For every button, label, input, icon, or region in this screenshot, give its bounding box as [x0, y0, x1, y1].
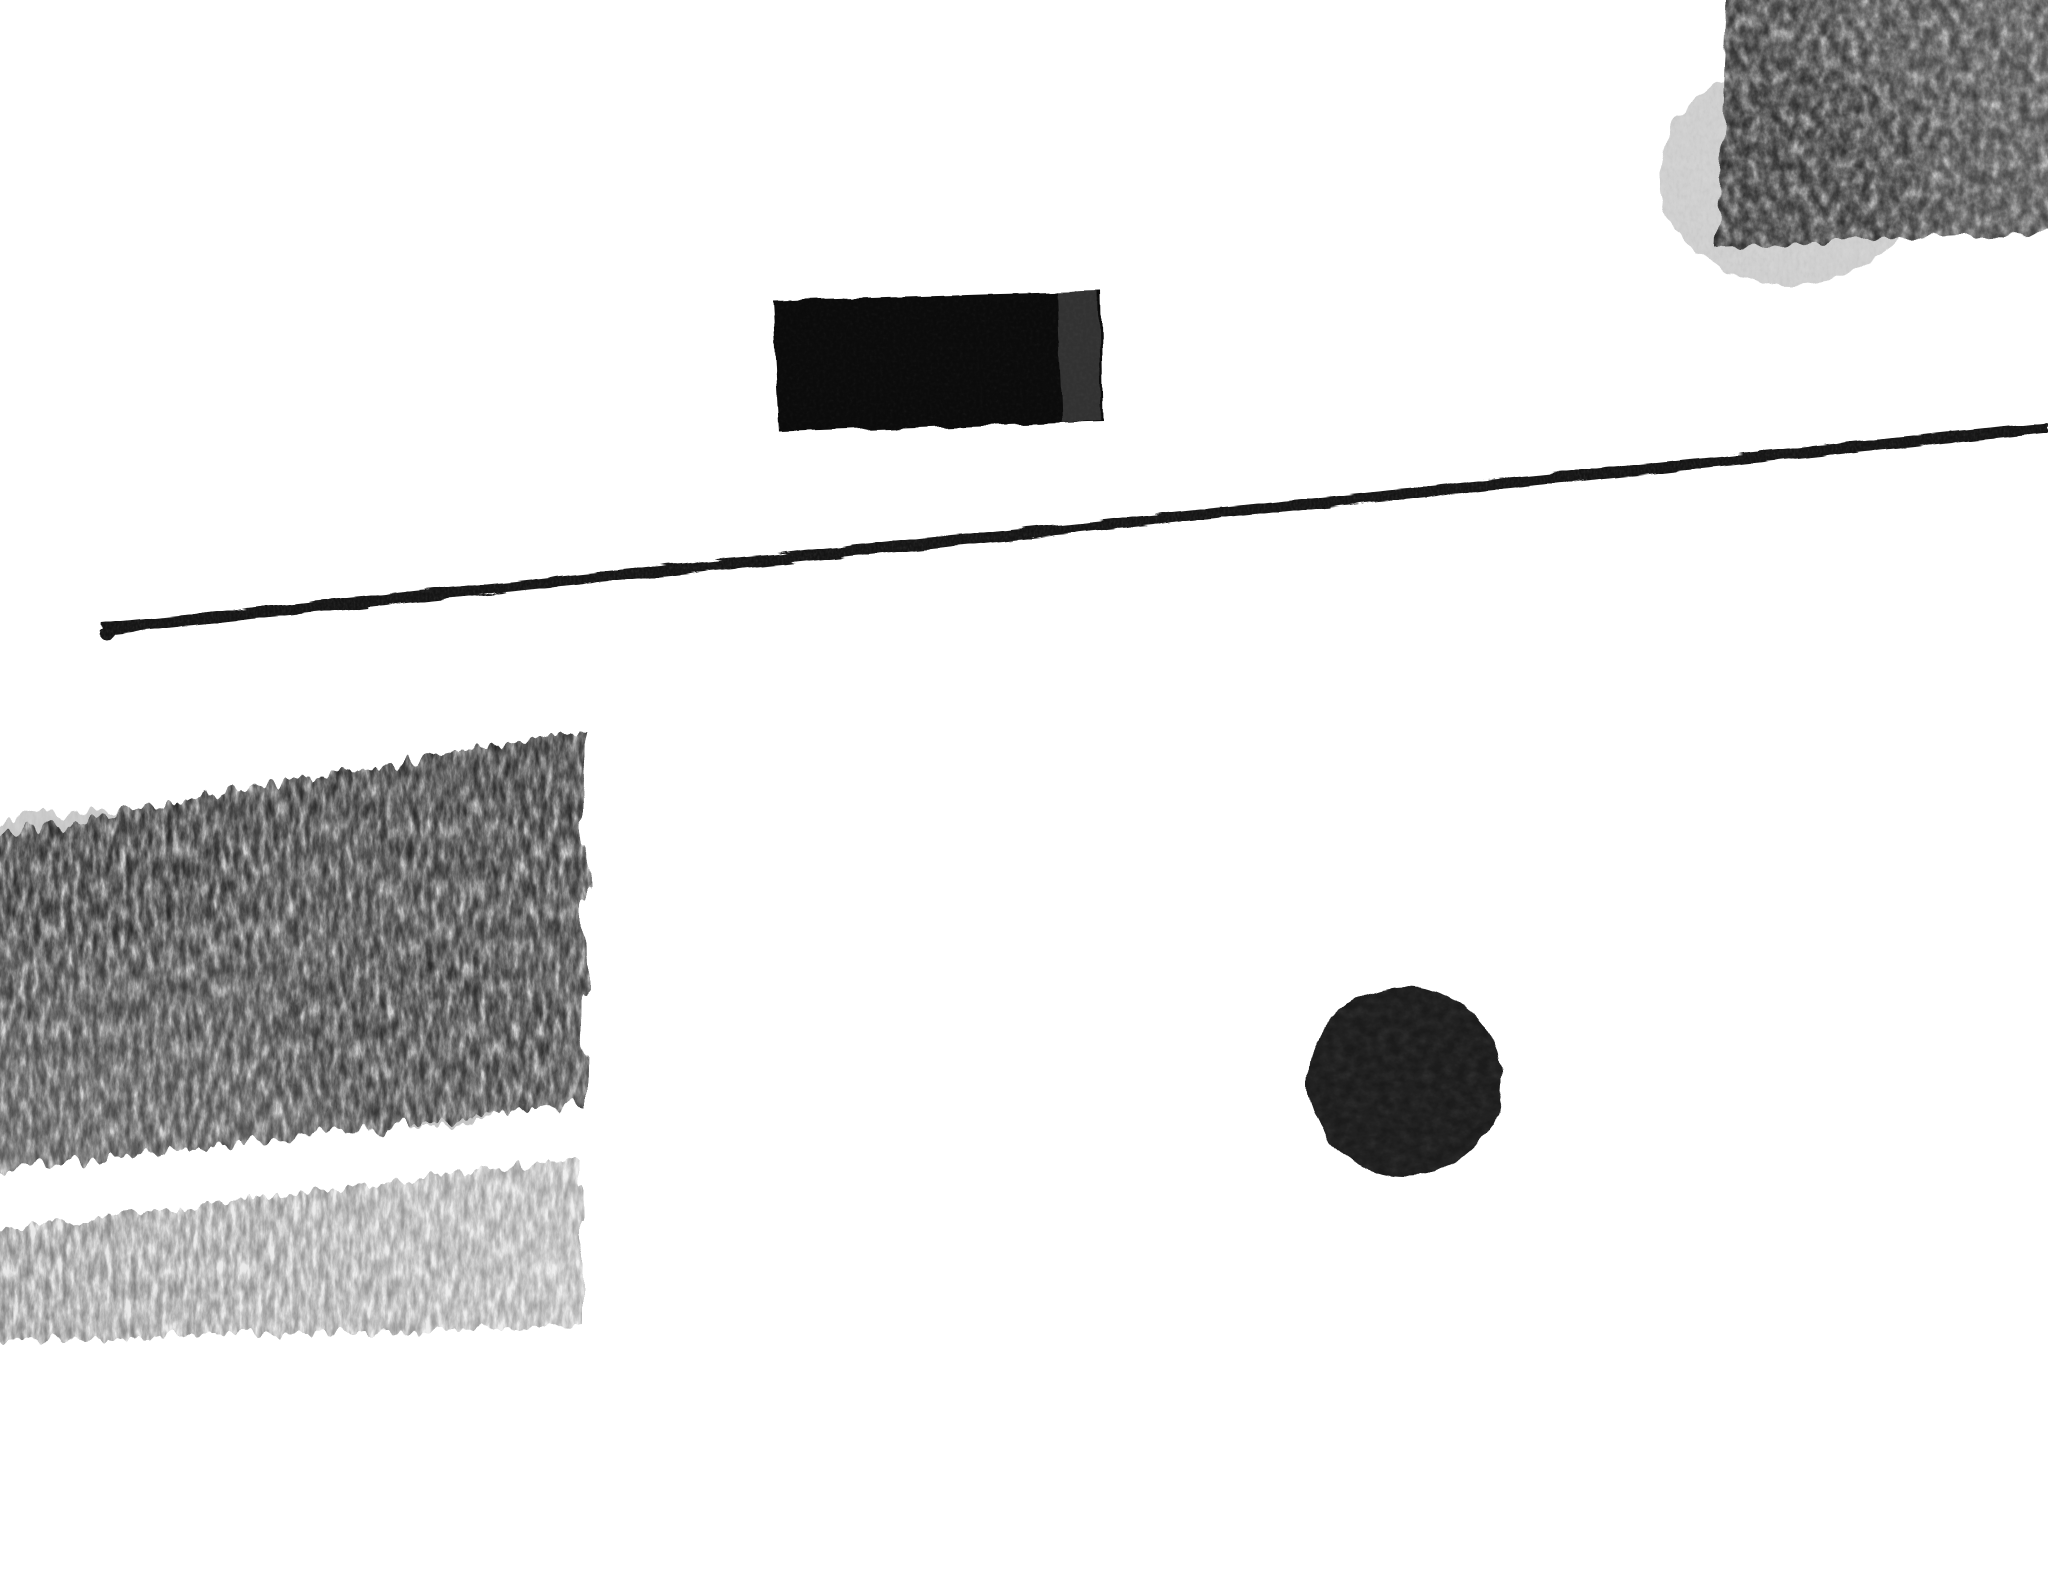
black-bar-light-streak	[1058, 291, 1100, 422]
black-dot-shape	[1308, 986, 1502, 1176]
charcoal-block-top-right-dark-patch	[1660, 65, 1920, 285]
black-bar	[772, 291, 1102, 433]
abstract-composition	[0, 0, 2048, 1587]
black-dot	[1308, 986, 1502, 1176]
artwork-canvas	[0, 0, 2048, 1587]
black-bar-shape	[772, 291, 1102, 433]
diagonal-ink-line-start-blob	[100, 626, 114, 640]
charcoal-band-left-dark-patch	[270, 955, 570, 1125]
